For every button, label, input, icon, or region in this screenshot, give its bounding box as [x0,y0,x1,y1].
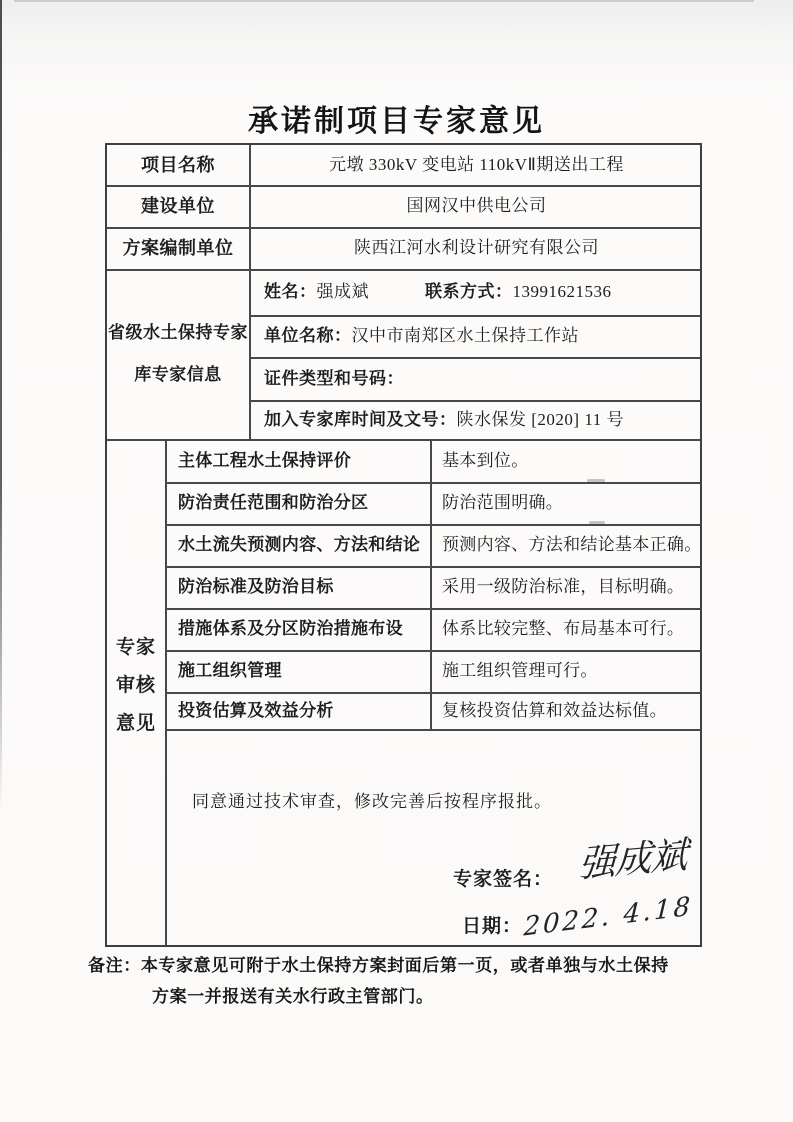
footer-note-text1: 本专家意见可附于水土保持方案封面后第一页，或者单独与水土保持 [141,956,669,975]
expert-unit-row: 单位名称：汉中市南郑区水土保持工作站 [249,315,704,357]
review-row-value: 采用一级防治标准，目标明确。 [430,566,704,608]
expert-unit-value: 汉中市南郑区水土保持工作站 [352,325,580,346]
expert-signature-handwriting: 强成斌 [578,824,687,888]
review-conclusion-cell: 同意通过技术审查，修改完善后按程序报批。 专家签名： 强成斌 日期： 2022.… [165,729,704,949]
expert-name-value: 强成斌 [317,281,370,302]
project-name-label: 项目名称 [107,145,249,185]
expert-info-header: 省级水土保持专家 库专家信息 [107,269,249,439]
scan-artifact-top-edge [14,0,754,2]
review-row-label: 防治标准及防治目标 [165,566,430,608]
review-row-label: 主体工程水土保持评价 [165,439,430,482]
review-row-value: 预测内容、方法和结论基本正确。 [430,524,704,566]
construction-unit-label: 建设单位 [107,185,249,227]
review-row-value: 施工组织管理可行。 [430,650,704,692]
review-row-value: 复核投资估算和效益达标值。 [430,692,704,729]
review-header-line: 意见 [116,705,156,743]
review-row-label: 投资估算及效益分析 [165,692,430,729]
review-row-label: 防治责任范围和防治分区 [165,482,430,524]
review-row-label: 水土流失预测内容、方法和结论 [165,524,430,566]
review-row-value: 防治范围明确。 [430,482,704,524]
review-header-line: 专家 [116,629,156,667]
date-label: 日期： [462,911,522,938]
expert-name-label: 姓名： [264,281,317,302]
footer-note-line2: 方案一并报送有关水行政主管部门。 [88,981,704,1012]
review-row-label: 施工组织管理 [165,650,430,692]
review-row-value: 体系比较完整、布局基本可行。 [430,608,704,650]
expert-join-value: 陕水保发 [2020] 11 号 [457,409,624,430]
expert-contact-value: 13991621536 [513,281,612,302]
review-section-header: 专家 审核 意见 [107,431,165,941]
footer-note: 备注：本专家意见可附于水土保持方案封面后第一页，或者单独与水土保持 方案一并报送… [88,950,704,1012]
signature-label: 专家签名： [453,864,553,891]
plan-compiler-value: 陕西江河水利设计研究有限公司 [249,227,704,269]
review-row-value: 基本到位。 [430,439,704,482]
scanned-document-page: 承诺制项目专家意见 项目名称 元墩 330kV 变电站 110kVⅡ期送出工程 … [0,0,793,1122]
plan-compiler-label: 方案编制单位 [107,227,249,269]
expert-join-row: 加入专家库时间及文号：陕水保发 [2020] 11 号 [249,400,704,439]
expert-opinion-table: 项目名称 元墩 330kV 变电站 110kVⅡ期送出工程 建设单位 国网汉中供… [105,143,702,947]
footer-note-label: 备注： [88,956,141,975]
expert-name-row: 姓名：强成斌 联系方式：13991621536 [249,269,704,315]
expert-contact-label: 联系方式： [425,281,513,302]
review-header-line: 审核 [116,667,156,705]
footer-note-line1: 备注：本专家意见可附于水土保持方案封面后第一页，或者单独与水土保持 [88,950,704,981]
project-name-value: 元墩 330kV 变电站 110kVⅡ期送出工程 [249,145,704,185]
conclusion-text: 同意通过技术审查，修改完善后按程序报批。 [192,787,552,812]
date-handwriting: 2022. 4.18 [523,891,694,942]
expert-unit-label: 单位名称： [264,325,352,346]
expert-join-label: 加入专家库时间及文号： [264,409,457,430]
review-row-label: 措施体系及分区防治措施布设 [165,608,430,650]
page-title: 承诺制项目专家意见 [0,96,793,140]
construction-unit-value: 国网汉中供电公司 [249,185,704,227]
expert-certificate-row: 证件类型和号码： [249,357,704,400]
expert-info-header-line1: 省级水土保持专家 [108,312,248,354]
expert-info-header-line2: 库专家信息 [134,354,222,396]
expert-certificate-label: 证件类型和号码： [264,368,404,389]
